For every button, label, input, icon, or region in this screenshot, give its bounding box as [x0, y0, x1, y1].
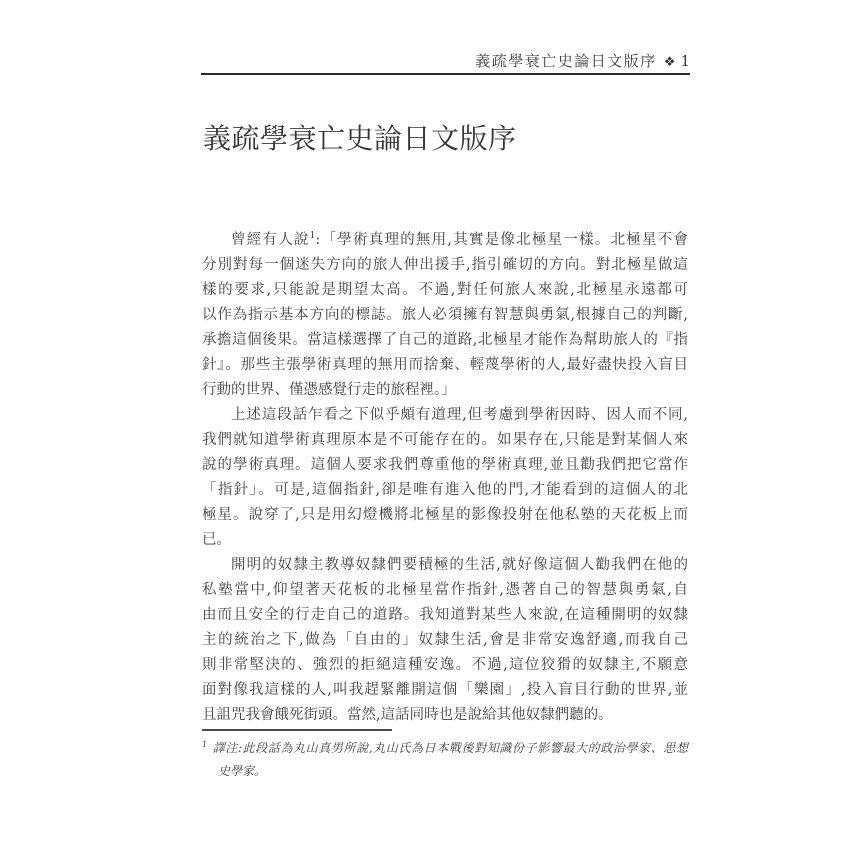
- fleuron-icon: ❖: [664, 55, 676, 70]
- footnote-line: 史學家。: [202, 760, 688, 783]
- footnote-reference: 1: [310, 231, 316, 241]
- body-text: 曾經有人說1:「學術真理的無用,其實是像北極星一樣。北極星不會分別對每一個迷失方…: [202, 228, 688, 728]
- body-line: 由而且安全的行走自己的道路。我知道對某些人來說,在這種開明的奴隸: [202, 603, 688, 628]
- body-line: 「指針」。可是,這個指針,卻是唯有進入他的門,才能看到的這個人的北: [202, 478, 688, 503]
- footnote-marker: 1: [202, 740, 207, 749]
- body-line: 開明的奴隸主教導奴隸們要積極的生活,就好像這個人勸我們在他的: [202, 553, 688, 578]
- chapter-title: 義疏學衰亡史論日文版序: [203, 117, 517, 157]
- body-line: 則非常堅決的、強烈的拒絕這種安逸。不過,這位狡猾的奴隸主,不願意: [202, 653, 688, 678]
- body-line: 樣的要求,只能說是期望太高。不過,對任何旅人來說,北極星永遠都可: [202, 278, 688, 303]
- body-line: 針』。那些主張學術真理的無用而捨棄、輕蔑學術的人,最好盡快投入盲目: [202, 353, 688, 378]
- body-line: 已。: [202, 528, 688, 553]
- body-line: 分別對每一個迷失方向的旅人伸出援手,指引確切的方向。對北極星做這: [202, 253, 688, 278]
- body-line: 私塾當中,仰望著天花板的北極星當作指針,憑著自己的智慧與勇氣,自: [202, 578, 688, 603]
- body-line: 我們就知道學術真理原本是不可能存在的。如果存在,只能是對某個人來: [202, 428, 688, 453]
- body-line: 曾經有人說1:「學術真理的無用,其實是像北極星一樣。北極星不會: [202, 228, 688, 253]
- footnote-text: 譯注:此段話為丸山真男所說,丸山氏為日本戰後對知識份子影響最大的政治學家、思想: [212, 741, 688, 755]
- body-line: 承擔這個後果。當這樣選擇了自己的道路,北極星才能作為幫助旅人的『指: [202, 328, 688, 353]
- body-line: 行動的世界、僅憑感覺行走的旅程裡。」: [202, 378, 688, 403]
- running-header: 義疏學衰亡史論日文版序❖1: [475, 50, 690, 71]
- body-line: 說的學術真理。這個人要求我們尊重他的學術真理,並且勸我們把它當作: [202, 453, 688, 478]
- book-page: 義疏學衰亡史論日文版序❖1 義疏學衰亡史論日文版序 曾經有人說1:「學術真理的無…: [0, 0, 850, 850]
- footnote-line: 1譯注:此段話為丸山真男所說,丸山氏為日本戰後對知識份子影響最大的政治學家、思想: [202, 737, 688, 760]
- running-header-title: 義疏學衰亡史論日文版序: [475, 52, 657, 70]
- body-line: 主的統治之下,做為「自由的」奴隸生活,會是非常安逸舒適,而我自己: [202, 628, 688, 653]
- body-line: 極星。說穿了,只是用幻燈機將北極星的影像投射在他私塾的天花板上而: [202, 503, 688, 528]
- body-line: 面對像我這樣的人,叫我趕緊離開這個「樂園」,投入盲目行動的世界,並: [202, 678, 688, 703]
- footnote-rule: [202, 729, 392, 731]
- footnote: 1譯注:此段話為丸山真男所說,丸山氏為日本戰後對知識份子影響最大的政治學家、思想…: [202, 737, 688, 783]
- header-rule: [201, 73, 690, 75]
- body-line: 且詛咒我會餓死街頭。當然,這話同時也是說給其他奴隸們聽的。: [202, 703, 688, 728]
- body-line: 以作為指示基本方向的標誌。旅人必須擁有智慧與勇氣,根據自己的判斷,: [202, 303, 688, 328]
- body-line: 上述這段話乍看之下似乎頗有道理,但考慮到學術因時、因人而不同,: [202, 403, 688, 428]
- page-number: 1: [680, 52, 690, 70]
